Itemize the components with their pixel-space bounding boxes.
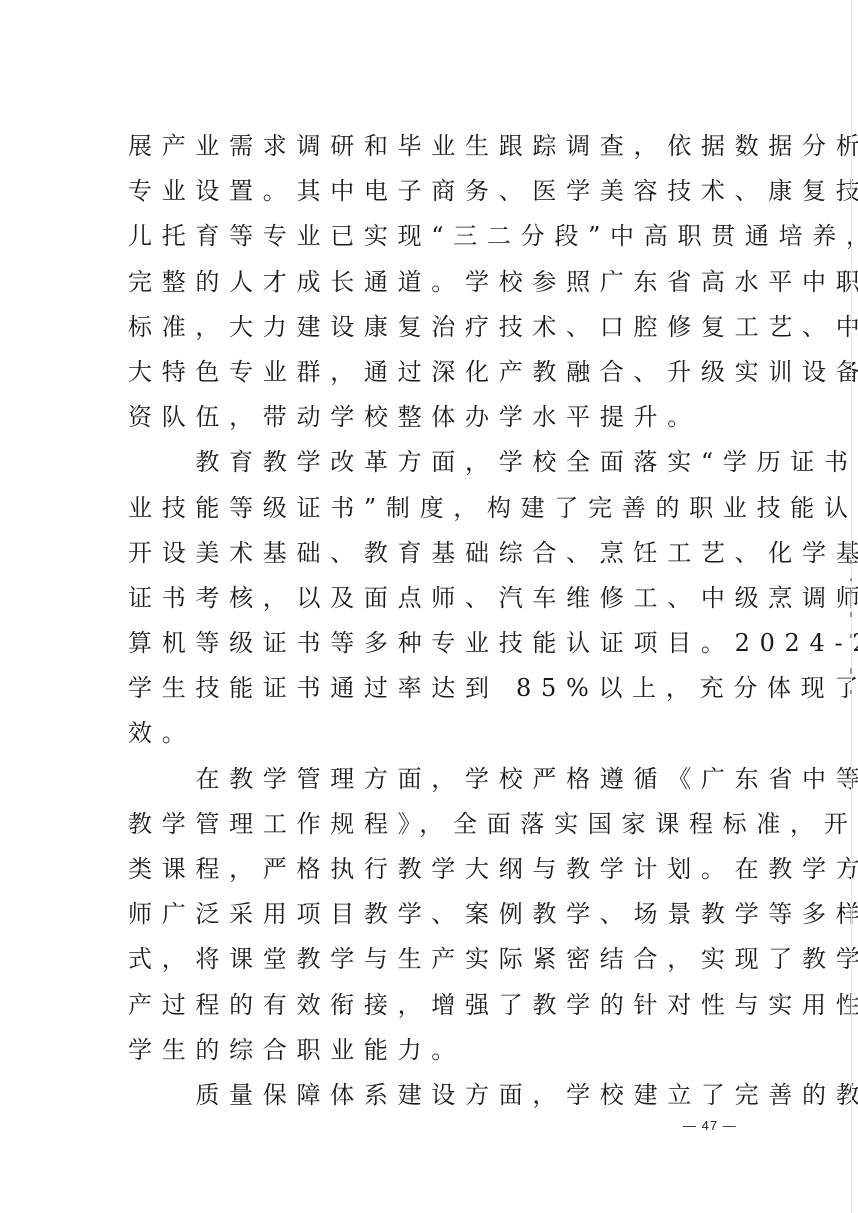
scan-edge-line (851, 0, 852, 1213)
text-line: 资队伍，带动学校整体办学水平提升。 (128, 395, 748, 440)
text-line: 标准，大力建设康复治疗技术、口腔修复工艺、中餐烹饪三 (128, 305, 748, 350)
text-line: 大特色专业群，通过深化产教融合、升级实训设备、强化师 (128, 350, 748, 395)
document-page: 展产业需求调研和毕业生跟踪调查，依据数据分析结果优化 专业设置。其中电子商务、医… (0, 0, 858, 1213)
text-line: 完整的人才成长通道。学校参照广东省高水平中职学校建设 (128, 260, 748, 305)
text-line: 类课程，严格执行教学大纲与教学计划。在教学方法上，教 (128, 847, 748, 892)
page-number: — 47 — (683, 1118, 737, 1133)
text-line: 算机等级证书等多种专业技能认证项目。2024-2025 学年， (128, 621, 748, 666)
text-line: 开设美术基础、教育基础综合、烹饪工艺、化学基础等课程 (128, 531, 748, 576)
text-line: 产过程的有效衔接，增强了教学的针对性与实用性，提升了 (128, 983, 748, 1028)
text-line: 儿托育等专业已实现“三二分段”中高职贯通培养，构建了 (128, 214, 748, 259)
paragraph-start: 质量保障体系建设方面，学校建立了完善的教学质量监 (128, 1073, 748, 1118)
text-line: 业技能等级证书”制度，构建了完善的职业技能认证体系。 (128, 486, 748, 531)
text-line: 证书考核，以及面点师、汽车维修工、中级烹调师、全国计 (128, 576, 748, 621)
body-text: 展产业需求调研和毕业生跟踪调查，依据数据分析结果优化 专业设置。其中电子商务、医… (128, 124, 748, 1118)
text-line: 效。 (128, 711, 748, 756)
paragraph-start: 教育教学改革方面，学校全面落实“学历证书+若干职 (128, 440, 748, 485)
paragraph-start: 在教学管理方面，学校严格遵循《广东省中等职业学校 (128, 757, 748, 802)
text-line: 师广泛采用项目教学、案例教学、场景教学等多样化教学模 (128, 892, 748, 937)
scan-artifact (850, 578, 852, 581)
scan-artifact (850, 690, 852, 694)
text-line: 学生的综合职业能力。 (128, 1028, 748, 1073)
text-line: 专业设置。其中电子商务、医学美容技术、康复技术、婴幼 (128, 169, 748, 214)
scan-artifact (850, 560, 852, 564)
scan-artifact (850, 590, 852, 594)
text-line: 式，将课堂教学与生产实际紧密结合，实现了教学过程与生 (128, 937, 748, 982)
text-line: 展产业需求调研和毕业生跟踪调查，依据数据分析结果优化 (128, 124, 748, 169)
text-line: 学生技能证书通过率达到 85%以上，充分体现了教学改革成 (128, 666, 748, 711)
scan-artifact (850, 612, 852, 617)
text-line: 教学管理工作规程》，全面落实国家课程标准，开齐开足各 (128, 802, 748, 847)
scan-artifact (850, 668, 852, 674)
scan-artifact (850, 634, 852, 638)
